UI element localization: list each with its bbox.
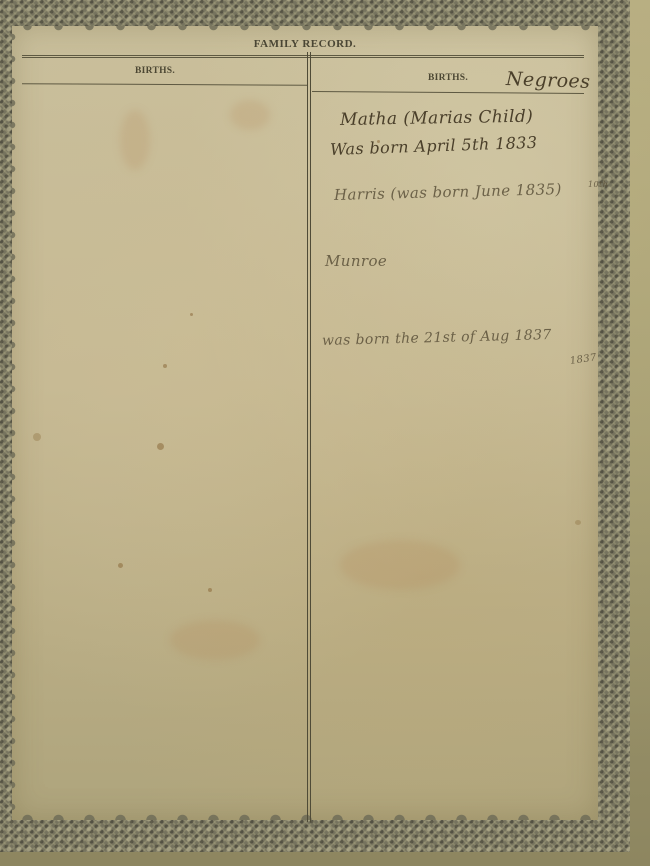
column-header-left: BIRTHS. <box>135 66 175 76</box>
border-scallop-top <box>12 26 598 34</box>
foxing-spot <box>575 520 581 525</box>
foxing-spot <box>190 313 193 316</box>
paper-stain <box>170 620 260 660</box>
border-scallop-left <box>12 26 18 820</box>
entry-2-superscript: 10th <box>588 180 608 189</box>
entry-1-name: Matha (Marias Child) <box>340 107 534 130</box>
foxing-spot <box>118 563 123 568</box>
handwritten-annotation: Negroes <box>506 68 591 93</box>
header-rule-top <box>22 55 584 58</box>
column-header-right: BIRTHS. <box>428 73 468 83</box>
paper-stain <box>340 540 460 590</box>
paper-stain <box>230 100 270 130</box>
paper-stain <box>120 110 150 170</box>
foxing-spot <box>33 433 41 441</box>
foxing-spot <box>208 588 212 592</box>
column-divider <box>307 52 311 822</box>
page-title: FAMILY RECORD. <box>12 38 598 50</box>
entry-3-name: Munroe <box>325 252 387 270</box>
foxing-spot <box>157 443 164 450</box>
border-scallop-bottom <box>12 812 598 820</box>
foxing-spot <box>163 364 167 368</box>
